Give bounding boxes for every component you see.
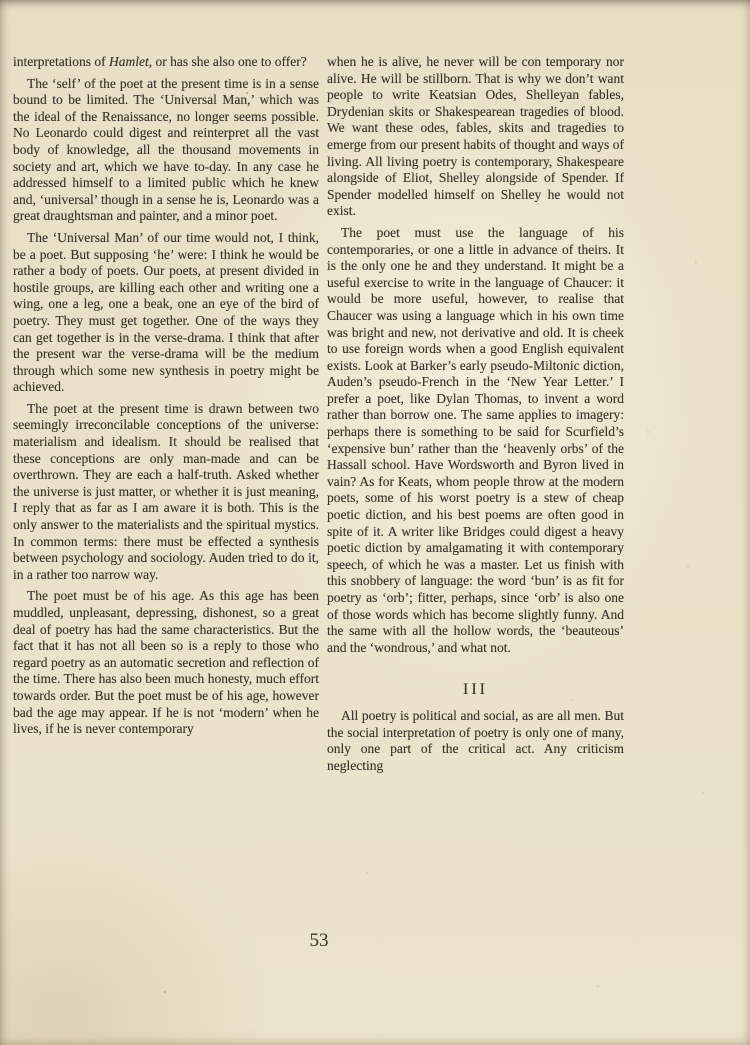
paragraph: All poetry is political and social, as a… bbox=[327, 708, 624, 774]
left-column: interpretations of Hamlet, or has she al… bbox=[13, 54, 319, 738]
paragraph-text: interpretations of bbox=[13, 54, 109, 69]
paragraph: The ‘Universal Man’ of our time would no… bbox=[13, 230, 319, 396]
paragraph: The poet at the present time is drawn be… bbox=[13, 401, 319, 584]
right-column: when he is alive, he never will be con t… bbox=[327, 54, 624, 774]
book-page-scan: interpretations of Hamlet, or has she al… bbox=[0, 0, 750, 1045]
page-number: 53 bbox=[13, 930, 625, 952]
paragraph-continued: when he is alive, he never will be con t… bbox=[327, 54, 624, 220]
italic-book-title: Hamlet, bbox=[109, 54, 152, 69]
section-heading-roman-numeral: III bbox=[327, 682, 624, 699]
paragraph: The poet must use the language of his co… bbox=[327, 225, 624, 656]
paragraph-text: or has she also one to offer? bbox=[152, 54, 307, 69]
paragraph: The ‘self’ of the poet at the present ti… bbox=[13, 76, 319, 225]
paragraph: The poet must be of his age. As this age… bbox=[13, 588, 319, 737]
paragraph-continued: interpretations of Hamlet, or has she al… bbox=[13, 54, 319, 71]
